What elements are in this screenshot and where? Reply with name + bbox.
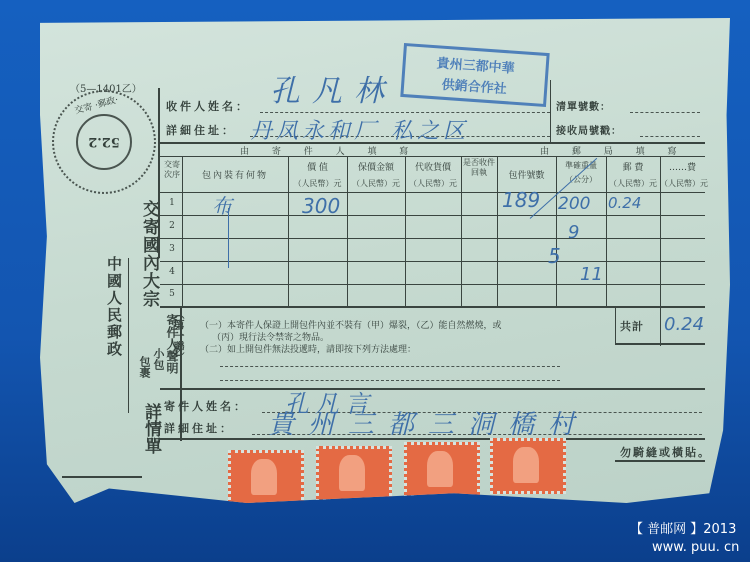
col-header-postage-unit: （人民幣）元: [606, 178, 660, 189]
col-header-cod: 代收貨價: [405, 160, 461, 173]
office-fill-header: 由 郵 局 填 寫: [540, 144, 686, 157]
col-header-other-fee-unit: （人民幣）元: [660, 178, 705, 189]
col-header-parcel-no: 包件號數: [497, 168, 556, 181]
total-value[interactable]: 0.24: [664, 314, 704, 335]
postmark-date: 52.2: [76, 114, 132, 170]
total-label: 共計: [620, 318, 644, 334]
row-1-weight[interactable]: 200: [558, 194, 590, 214]
col-header-weight-unit: （公分）: [556, 174, 606, 185]
cooperative-seal-icon: 貴州三都中華 供銷合作社: [400, 43, 549, 107]
col-header-value-unit: （人民幣）元: [288, 178, 347, 189]
row-index-2: 2: [162, 221, 182, 231]
parcel-detail-form: （5—1401乙） 交寄 ·郵政· 52.2 中國人民郵政 交寄國內大宗 包裹 …: [40, 18, 730, 503]
receiving-office-label: 接收局號戳：: [556, 122, 622, 137]
row-4-parcel-no[interactable]: 5: [548, 244, 561, 268]
col-header-postage: 郵 費: [606, 160, 660, 173]
sender-name-label: 寄件人姓名：: [164, 398, 248, 414]
postage-stamp-icon: [228, 450, 304, 506]
stamp-note: 勿騎縫或橫貼。: [620, 444, 711, 460]
postage-stamp-icon: [404, 442, 480, 498]
recipient-address-label: 詳細住址：: [166, 122, 236, 138]
postmark-icon: 交寄 ·郵政· 52.2: [52, 90, 156, 194]
row-index-5: 5: [162, 289, 182, 299]
row-2-weight[interactable]: 9: [568, 222, 579, 243]
list-number-label: 清單號數：: [556, 98, 611, 113]
recipient-address-field[interactable]: 丹凤永和厂 私之区: [250, 114, 469, 145]
col-header-insured-unit: （人民幣）元: [347, 178, 405, 189]
row-1-parcel-no[interactable]: 189: [502, 188, 540, 212]
col-header-other-fee: ……費: [660, 160, 705, 173]
col-header-insured: 保價金額: [347, 160, 405, 173]
row-index-1: 1: [162, 198, 182, 208]
col-header-contents: 包內裝有何物: [182, 168, 288, 181]
col-header-value: 價 值: [288, 160, 347, 173]
row-4-weight[interactable]: 11: [580, 264, 603, 285]
form-title-end: 詳情單: [139, 403, 164, 454]
row-index-3: 3: [162, 244, 182, 254]
row-1-value[interactable]: 300: [302, 194, 340, 218]
declaration-side-label: 寄件人聲明: [164, 314, 181, 374]
postmark-ring-text: 交寄 ·郵政·: [73, 92, 119, 116]
col-header-receipt: 是否收件回執: [463, 158, 495, 178]
declaration-line-2: （二）如上開包件無法投遞時，請即按下列方法處理：: [200, 342, 416, 355]
sender-address-label: 詳細住址：: [164, 420, 234, 436]
postage-stamp-icon: [316, 446, 392, 502]
watermark-site: 【 普邮网 】2013: [630, 518, 736, 537]
col-header-weight: 準確重量: [556, 160, 606, 171]
recipient-name-label: 收件人姓名：: [166, 98, 250, 114]
row-1-contents[interactable]: 布: [212, 190, 232, 219]
seal-line-1: 貴州三都中華: [436, 52, 515, 76]
row-index-4: 4: [162, 267, 182, 277]
sender-address-field[interactable]: 貴州三都三洞橋村: [268, 404, 588, 441]
row-1-postage[interactable]: 0.24: [608, 194, 641, 212]
issuer-name: 中國人民郵政: [104, 256, 125, 358]
col-header-cod-unit: （人民幣）元: [405, 178, 461, 189]
postage-stamp-icon: [490, 438, 566, 494]
recipient-name-field[interactable]: 孔凡林: [270, 66, 396, 110]
seal-line-2: 供銷合作社: [441, 74, 507, 97]
col-header-index: 交寄次序: [162, 160, 182, 180]
watermark-url: www. puu. cn: [652, 540, 739, 555]
sender-fill-header: 由 寄 件 人 填 寫: [240, 144, 418, 157]
